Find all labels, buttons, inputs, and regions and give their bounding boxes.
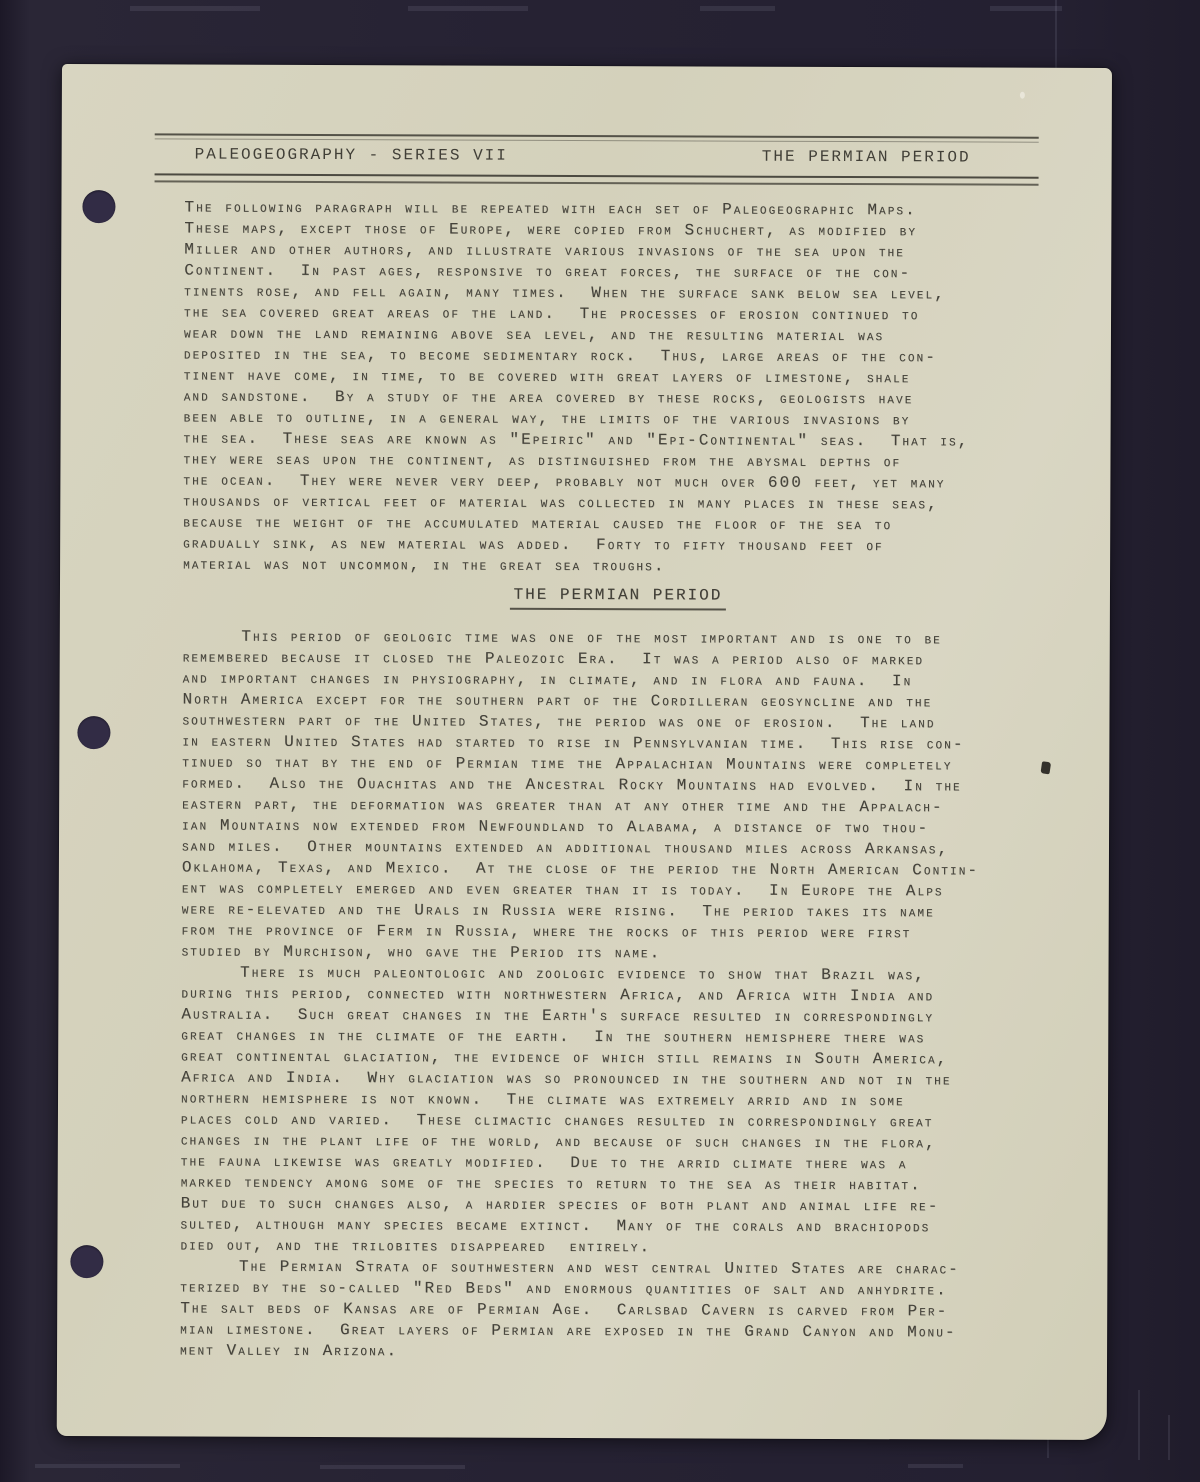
paragraph: There is much paleontologic and zoologic… (180, 962, 1051, 1259)
paragraph: The Permian Strata of southwestern and w… (180, 1256, 1050, 1364)
film-scratch (35, 1464, 180, 1468)
section-heading-text: THE PERMIAN PERIOD (509, 585, 726, 611)
paper-speck (1020, 92, 1025, 99)
paragraph: This period of geologic time was one of … (182, 626, 1053, 965)
film-scratch (700, 6, 775, 11)
punch-hole (70, 1245, 103, 1278)
document-page-title: THE PERMIAN PERIOD (762, 146, 1039, 169)
paragraph: The following paragraph will be repeated… (183, 197, 1054, 578)
document-series-title: PALEOGEOGRAPHY - SERIES VII (155, 143, 508, 166)
punch-hole (82, 190, 115, 223)
page-header: PALEOGEOGRAPHY - SERIES VII THE PERMIAN … (155, 143, 1039, 168)
document-body: The following paragraph will be repeated… (180, 197, 1054, 1364)
film-scratch (990, 6, 1062, 11)
text-line: ment Valley in Arizona. (180, 1340, 1050, 1364)
header-rule-bottom (155, 173, 1039, 185)
punch-hole (77, 716, 110, 749)
scanned-document-photo: { "colors": { "background": "#262233", "… (0, 0, 1200, 1482)
header-rule-top (155, 133, 1039, 142)
text-line: material was not uncommon, in the great … (183, 554, 1053, 578)
film-scratch (320, 1465, 465, 1469)
film-scratch (1168, 1415, 1170, 1460)
section-heading: THE PERMIAN PERIOD (183, 583, 1053, 611)
film-scratch (1138, 1390, 1140, 1460)
film-scratch (408, 6, 528, 11)
ink-blot (1040, 761, 1051, 774)
film-scratch (130, 6, 260, 11)
document-page: PALEOGEOGRAPHY - SERIES VII THE PERMIAN … (57, 64, 1112, 1440)
film-scratch (908, 1464, 963, 1468)
film-scratch (1055, 0, 1057, 74)
